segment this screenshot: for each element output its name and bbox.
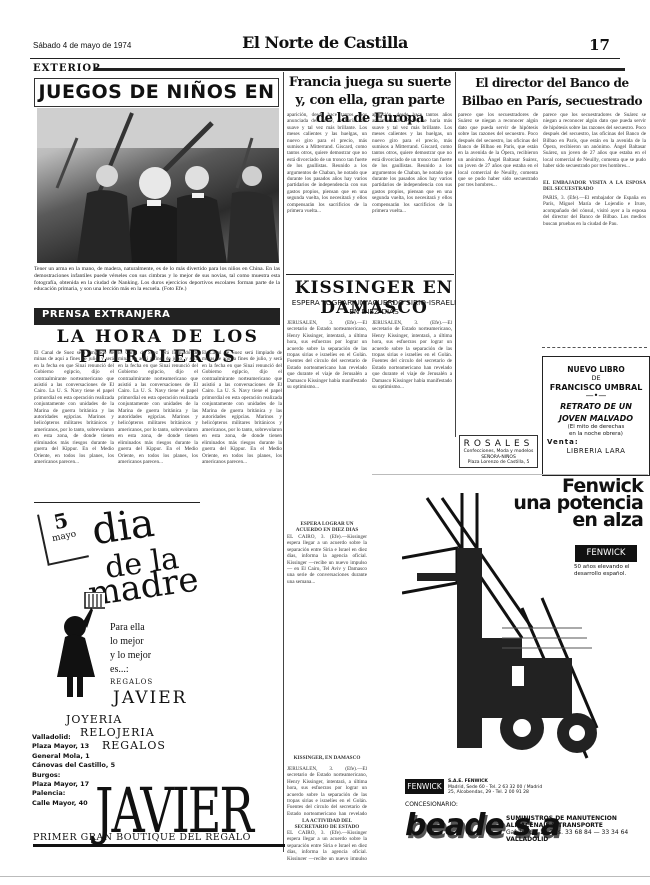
section-label: EXTERIOR xyxy=(33,63,101,74)
umbral-title-2: JOVEN MALVADO xyxy=(543,413,649,424)
umbral-de: DE xyxy=(543,374,649,383)
beade-info: SUMINISTROS DE MANUTENCION ALMACENAJE Y … xyxy=(506,815,646,843)
date-calendar-badge: 5 mayo xyxy=(37,506,89,566)
francia-body-col1: aparición, desde hace tantos años anunci… xyxy=(287,112,367,272)
dia-text: dia xyxy=(90,506,156,548)
address-line: Valladolid: xyxy=(32,733,115,742)
rosales-ad: ROSALES Confecciones, Moda y modelos SEÑ… xyxy=(459,435,538,468)
kissinger-body-col1d: EL CAIRO, 3. (Efe).—Kissinger espera lle… xyxy=(287,830,367,860)
china-photo-caption: Tener un arma en la mano, de madera, nat… xyxy=(34,266,280,293)
fenwick-headline: Fenwick una potencia en alza xyxy=(503,478,643,529)
umbral-note-1: (El mito de derechas xyxy=(543,424,649,431)
child-silhouette xyxy=(55,592,105,702)
bilbao-body-col2b: PARIS, 3. (Efe).—El embajador de España … xyxy=(543,195,646,345)
beade-line1: SUMINISTROS DE MANUTENCION xyxy=(506,815,646,822)
bilbao-body-col1: parece que los secuestradores de Suárez … xyxy=(458,112,538,432)
francia-body-col2: aparición, desde hace tantos años anunci… xyxy=(372,112,452,272)
bilbao-headline: El director del Banco de Bilbao en París… xyxy=(457,74,647,110)
umbral-book-ad: NUEVO LIBRO DE FRANCISCO UMBRAL —•— RETR… xyxy=(542,356,650,476)
column-separator xyxy=(455,72,456,437)
regalos-label: REGALOS xyxy=(110,678,153,686)
address-line: Plaza Mayor, 13 xyxy=(32,742,115,751)
page-bottom-rule xyxy=(0,876,650,877)
masthead-rule xyxy=(30,58,620,59)
tagline-4: es...: xyxy=(110,663,151,677)
beade-line2: ALMACENAJE Y TRANSPORTE xyxy=(506,822,646,829)
children-parade-image xyxy=(37,108,279,263)
kissinger-top-rule xyxy=(286,274,454,275)
umbral-store: LIBRERIA LARA xyxy=(543,447,649,456)
child-with-gift-icon xyxy=(55,592,105,702)
beade-city: VALLADOLID xyxy=(506,836,646,843)
beade-line3: Gabilondo, 2 - Tels. 33 68 84 — 33 34 64 xyxy=(506,829,646,836)
page-number: 17 xyxy=(589,36,610,54)
tagline-2: lo mejor xyxy=(110,635,151,649)
kissinger-subhead-damasco: KISSINGER, EN DAMASCO xyxy=(287,755,367,765)
umbral-ornament: —•— xyxy=(543,392,649,400)
newspaper-title: El Norte de Castilla xyxy=(0,33,650,52)
column-separator xyxy=(283,72,284,852)
fenwick-logo-badge: FENWICK xyxy=(575,545,637,562)
kissinger-body-col1c: JERUSALEN, 3. (Efe).—El secretario de Es… xyxy=(287,766,367,816)
address-line: Cánovas del Castillo, 5 xyxy=(32,761,115,770)
joyeria-text: JOYERIA xyxy=(66,713,166,726)
fenwick-strip-logo: FENWICK xyxy=(405,779,444,794)
boutique-footer: PRIMER GRAN BOUTIQUE DEL REGALO xyxy=(33,832,285,847)
kissinger-body-col1: JERUSALEN, 3. (Efe).—El secretario de Es… xyxy=(287,320,367,520)
umbral-venta-label: Venta: xyxy=(543,438,649,447)
fenwick-headline-3: en alza xyxy=(503,512,643,529)
bilbao-subhead: EL EMBAJADOR VISITA A LA ESPOSA DEL SECU… xyxy=(543,180,646,194)
kissinger-body-col1b: EL CAIRO, 3. (Efe).—Kissinger espera lle… xyxy=(287,534,367,754)
rosales-line1: Confecciones, Moda y modelos xyxy=(460,449,537,455)
bilbao-body-col2: parece que los secuestradores de Suárez … xyxy=(543,112,646,180)
fenwick-company-info: S.A.E. FENWICK Madrid, Sede 60 - Tel. 2 … xyxy=(448,779,548,796)
rosales-name: ROSALES xyxy=(460,439,537,449)
section-rule xyxy=(95,68,625,71)
fenwick-slogan: 50 años elevando el desarrollo español. xyxy=(574,564,642,577)
prensa-bottom-rule xyxy=(34,502,200,503)
china-headline: JUEGOS DE NIÑOS EN CHINA xyxy=(34,78,279,107)
china-photo xyxy=(37,108,279,263)
tagline-1: Para ella xyxy=(110,621,151,635)
kissinger-body-col2: JERUSALEN, 3. (Efe).—El secretario de Es… xyxy=(372,320,452,470)
umbral-title-1: RETRATO DE UN xyxy=(543,400,649,413)
forklift-icon xyxy=(402,488,602,776)
tagline-3: y lo mejor xyxy=(110,649,151,663)
forklift-illustration xyxy=(402,488,602,776)
concessionaire-label: CONCESIONARIO: xyxy=(405,801,458,808)
rosales-line3: Plaza Lorenzo de Castilla, 5 xyxy=(460,460,537,466)
petroleros-body-col1: El Canal de Suez será limpiado de minas … xyxy=(34,350,114,500)
umbral-nuevo-libro: NUEVO LIBRO xyxy=(543,365,649,374)
kissinger-subhead-actividad: LA ACTIVIDAD DEL SECRETARIO DE ESTADO xyxy=(287,818,367,830)
umbral-note-2: en la noche obrera) xyxy=(543,431,649,438)
prensa-kicker: PRENSA EXTRANJERA xyxy=(42,309,170,320)
petroleros-body-col2: El Canal de Suez será limpiado de minas … xyxy=(118,350,198,500)
address-line: General Mola, 1 xyxy=(32,752,115,761)
fenwick-company-address: Madrid, Sede 60 - Tel. 2 63 32 00 / Madr… xyxy=(448,785,548,796)
kissinger-subheadline: ESPERA LOGRAR UN ACUERDO SIRIO-ISRAELI E… xyxy=(286,298,462,316)
dashed-divider xyxy=(542,347,647,348)
tagline: Para ella lo mejor y lo mejor es...: xyxy=(110,621,151,677)
kissinger-subhead: ESPERA LOGRAR UN ACUERDO EN DIEZ DIAS xyxy=(287,521,367,533)
javier-brand-small: JAVIER xyxy=(113,688,187,708)
